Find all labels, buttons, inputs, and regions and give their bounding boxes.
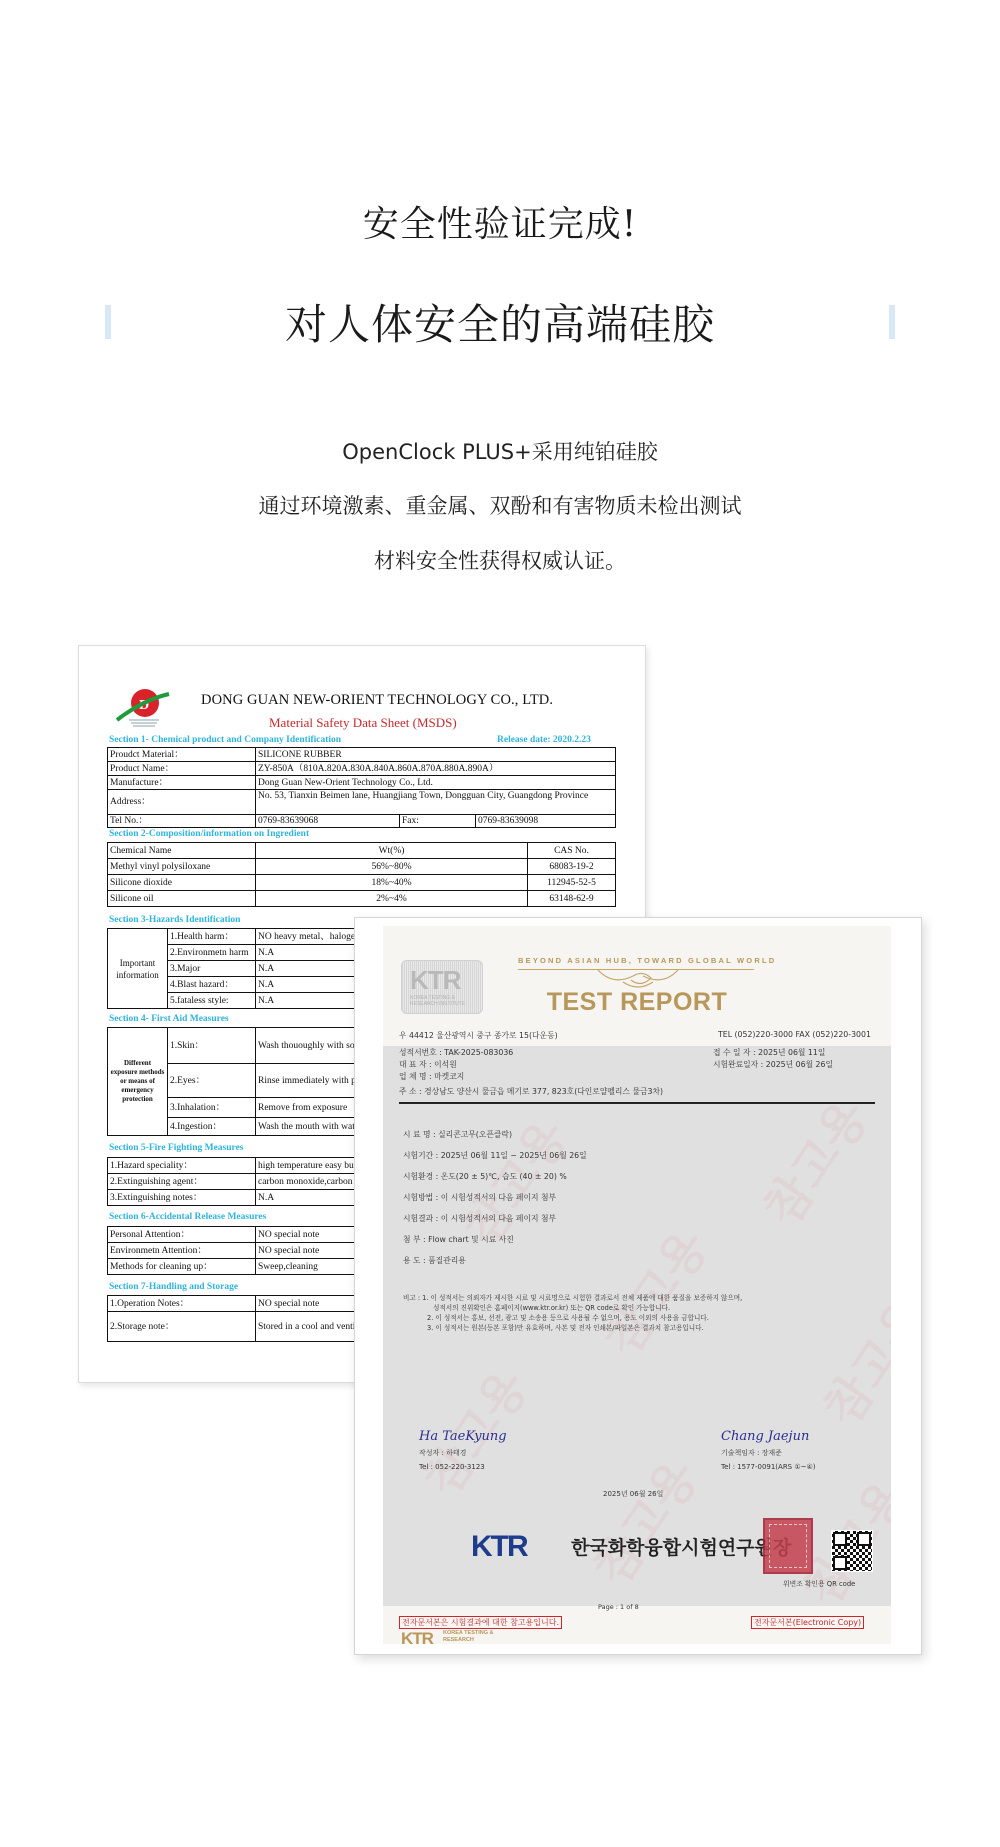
intro-line: 通过环境激素、重金属、双酚和有害物质未检出测试 <box>0 490 1000 520</box>
group-label: Different exposure methods or means of e… <box>108 1028 168 1136</box>
cell: 56%~80% <box>256 859 528 875</box>
section-4-heading: Section 4- First Aid Measures <box>109 1014 229 1024</box>
section-1-table: Proudct Material：SILICONE RUBBER Product… <box>107 747 616 828</box>
cell: 18%~40% <box>256 875 528 891</box>
detail-line: 시험환경 : 온도(20 ± 5)℃, 습도 (40 ± 20) % <box>403 1171 567 1182</box>
detail-line: 시험기간 : 2025년 06월 11일 ~ 2025년 06월 26일 <box>403 1150 587 1161</box>
cell-value: ZY-850A（810A.820A.830A.840A.860A.870A.88… <box>256 762 616 776</box>
cell-label: Environmetn Attention： <box>108 1243 256 1259</box>
section-2-table: Chemical NameWt(%)CAS No. Methyl vinyl p… <box>107 842 616 907</box>
cell-label: 1.Operation Notes： <box>108 1296 256 1312</box>
release-date: Release date: 2020.2.23 <box>497 735 591 745</box>
divider <box>399 1102 875 1104</box>
ktr-logo: KTR <box>471 1530 527 1564</box>
signer-tel: Tel : 052-220-3123 <box>419 1463 485 1471</box>
cell-value: No. 53, Tianxin Beimen lane, Huangjiang … <box>256 790 616 815</box>
motto: BEYOND ASIAN HUB, TOWARD GLOBAL WORLD <box>518 956 776 965</box>
section-5-heading: Section 5-Fire Fighting Measures <box>109 1143 243 1153</box>
cell-label: Personal Attention： <box>108 1227 256 1243</box>
info-line: 접 수 일 자 : 2025년 06월 11일 <box>713 1047 825 1058</box>
cell-label: 3.Extinguishing notes： <box>108 1190 256 1206</box>
column-header: Wt(%) <box>256 843 528 859</box>
table-row: Silicone dioxide18%~40%112945-52-5 <box>108 875 616 891</box>
cell-label: Address： <box>108 790 256 815</box>
info-line: 성적서번호 : TAK-2025-083036 <box>399 1047 513 1058</box>
info-line: 시험완료일자 : 2025년 06월 26일 <box>713 1059 833 1070</box>
cell-label: 2.Eyes： <box>168 1064 256 1098</box>
lab-address: 우 44412 울산광역시 중구 종가로 15(다운동) <box>399 1030 558 1041</box>
detail-line: 시 료 명 : 실리콘고무(오픈클락) <box>403 1129 512 1140</box>
headline: 安全性验证完成! <box>0 196 1000 247</box>
accent-bar-right <box>889 305 895 339</box>
cell-label: 1.Skin： <box>168 1028 256 1064</box>
table-row: Proudct Material：SILICONE RUBBER <box>108 748 616 762</box>
table-row: Silicone oil2%~4%63148-62-9 <box>108 891 616 907</box>
signature-right: Chang Jaejun <box>721 1429 809 1444</box>
remark-line: 비고 : 1. 이 성적서는 의뢰자가 제시한 시료 및 시료명으로 시험한 결… <box>403 1292 742 1302</box>
cell-label: Tel No.： <box>108 815 256 828</box>
table-row: Product Name：ZY-850A（810A.820A.830A.840A… <box>108 762 616 776</box>
cell-label: 3.Inhalation： <box>168 1098 256 1118</box>
cell-label: 2.Extinguishing agent： <box>108 1174 256 1190</box>
cell-label: 4.Blast hazard： <box>168 977 256 993</box>
section-7-heading: Section 7-Handling and Storage <box>109 1282 238 1292</box>
cell-label: 2.Storage note： <box>108 1312 256 1342</box>
official-seal-icon <box>763 1518 813 1574</box>
cell-label: 5.fataless style: <box>168 993 256 1009</box>
group-label: Important information <box>108 929 168 1009</box>
cell-label: Fax: <box>400 815 476 828</box>
report-paper: 참고용 참고용 참고용 참고용 참고용 참고용 참고용 KTR KOREA TE… <box>383 926 891 1644</box>
signer-tel: Tel : 1577-0091(ARS ①~④) <box>721 1463 816 1471</box>
column-header: CAS No. <box>528 843 616 859</box>
table-row: Tel No.：0769-83639068Fax:0769-83639098 <box>108 815 616 828</box>
info-line: 주 소 : 경상남도 양산시 물금읍 메기로 377, 823호(다인로얄펠리스… <box>399 1086 663 1097</box>
info-line: 업 체 명 : 마켓코지 <box>399 1071 464 1082</box>
institute-name: 한국화학융합시험연구원장 <box>571 1533 791 1560</box>
notice-right: 전자문서본(Electronic Copy) <box>751 1616 864 1629</box>
cell-value: 0769-83639068 <box>256 815 400 828</box>
issue-date: 2025년 06월 26일 <box>603 1489 663 1499</box>
cell: 112945-52-5 <box>528 875 616 891</box>
footer-subtitle: KOREA TESTING & RESEARCH INSTITUTE <box>443 1630 503 1644</box>
detail-line: 첨 부 : Flow chart 및 시료 사진 <box>403 1234 514 1245</box>
cell-label: Product Name： <box>108 762 256 776</box>
notice-left: 전자문서본은 시험결과에 대한 참고용입니다. <box>399 1616 562 1629</box>
remark-line: 성적서의 진위확인은 홈페이지(www.ktr.or.kr) 또는 QR cod… <box>433 1302 670 1312</box>
footer-logo: KTR <box>401 1629 433 1644</box>
table-row: Address：No. 53, Tianxin Beimen lane, Hua… <box>108 790 616 815</box>
remark-line: 2. 이 성적서는 홍보, 선전, 광고 및 소송용 등으로 사용될 수 없으며… <box>427 1312 709 1322</box>
table-row: Methyl vinyl polysiloxane56%~80%68083-19… <box>108 859 616 875</box>
detail-line: 시험결과 : 이 시험성적서의 다음 페이지 첨부 <box>403 1213 556 1224</box>
qr-code-icon <box>831 1530 873 1572</box>
section-6-heading: Section 6-Accidental Release Measures <box>109 1212 266 1222</box>
cell: 2%~4% <box>256 891 528 907</box>
table-header-row: Chemical NameWt(%)CAS No. <box>108 843 616 859</box>
signer-role: 기술책임자 : 장재준 <box>721 1448 782 1458</box>
cell-label: 1.Hazard speciality： <box>108 1158 256 1174</box>
cell: 63148-62-9 <box>528 891 616 907</box>
company-name: DONG GUAN NEW-ORIENT TECHNOLOGY CO., LTD… <box>201 692 553 709</box>
intro-line: 材料安全性获得权威认证。 <box>0 545 1000 575</box>
page-indicator: Page : 1 of 8 <box>598 1603 639 1611</box>
company-logo-icon: D <box>115 686 173 728</box>
subheadline: 对人体安全的高端硅胶 <box>0 292 1000 352</box>
detail-line: 시험방법 : 이 시험성적서의 다음 페이지 첨부 <box>403 1192 556 1203</box>
lab-tel-fax: TEL (052)220-3000 FAX (052)220-3001 <box>718 1030 871 1039</box>
signer-role: 작성자 : 하태경 <box>419 1448 466 1458</box>
cell-label: 4.Ingestion： <box>168 1118 256 1136</box>
cell-label: 2.Environmetn harm <box>168 945 256 961</box>
detail-line: 용 도 : 품질관리용 <box>403 1255 466 1266</box>
cell-value: SILICONE RUBBER <box>256 748 616 762</box>
qr-caption: 위변조 확인용 QR code <box>783 1578 855 1588</box>
cell: Silicone dioxide <box>108 875 256 891</box>
section-3-heading: Section 3-Hazards Identification <box>109 915 240 925</box>
cell-value: Dong Guan New-Orient Technology Co., Ltd… <box>256 776 616 790</box>
ktr-test-report: 참고용 참고용 참고용 참고용 참고용 참고용 참고용 KTR KOREA TE… <box>354 917 922 1655</box>
cell: Methyl vinyl polysiloxane <box>108 859 256 875</box>
section-2-heading: Section 2-Composition/information on Ing… <box>109 829 309 839</box>
intro-line: OpenClock PLUS+采用纯铂硅胶 <box>0 436 1000 466</box>
column-header: Chemical Name <box>108 843 256 859</box>
cell-label: 1.Health harm： <box>168 929 256 945</box>
remark-line: 3. 이 성적서는 원본(등본 포함)만 유효하며, 사본 및 전자 인쇄본/파… <box>427 1322 704 1332</box>
info-line: 대 표 자 : 이석원 <box>399 1059 457 1070</box>
cell-value: 0769-83639098 <box>476 815 616 828</box>
cell-label: Manufacture： <box>108 776 256 790</box>
cell: 68083-19-2 <box>528 859 616 875</box>
report-title: TEST REPORT <box>383 988 891 1017</box>
section-1-heading: Section 1- Chemical product and Company … <box>109 735 341 745</box>
cell-label: 3.Major <box>168 961 256 977</box>
cell: Silicone oil <box>108 891 256 907</box>
document-title: Material Safety Data Sheet (MSDS) <box>269 715 457 731</box>
cell-label: Methods for cleaning up： <box>108 1259 256 1275</box>
cell-label: Proudct Material： <box>108 748 256 762</box>
table-row: Manufacture：Dong Guan New-Orient Technol… <box>108 776 616 790</box>
signature-left: Ha TaeKyung <box>419 1429 507 1444</box>
